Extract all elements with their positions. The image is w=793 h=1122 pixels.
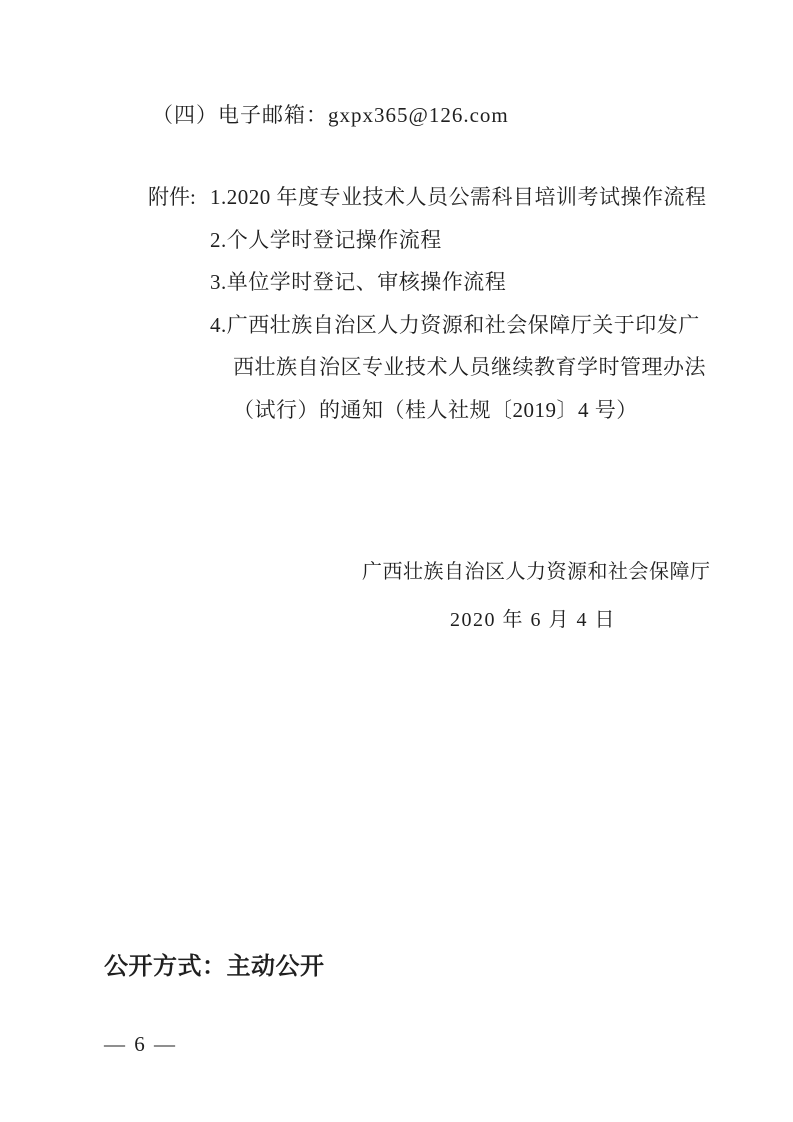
attachments-list: 1.2020 年度专业技术人员公需科目培训考试操作流程2.个人学时登记操作流程3…	[210, 176, 707, 432]
signature-block: 广西壮族自治区人力资源和社会保障厅 2020 年 6 月 4 日	[362, 558, 704, 634]
attachments-label: 附件:	[148, 176, 210, 219]
attachment-item-line: 4.广西壮族自治区人力资源和社会保障厅关于印发广	[210, 304, 707, 347]
page-number: — 6 —	[104, 1032, 177, 1057]
attachment-item-line: （试行）的通知（桂人社规〔2019〕4 号）	[210, 389, 707, 432]
issue-date: 2020 年 6 月 4 日	[362, 606, 704, 634]
attachment-item-line: 西壮族自治区专业技术人员继续教育学时管理办法	[210, 346, 707, 389]
contact-email-line: （四）电子邮箱：gxpx365@126.com	[152, 99, 509, 129]
attachment-item-line: 1.2020 年度专业技术人员公需科目培训考试操作流程	[210, 176, 707, 219]
issuing-authority: 广西壮族自治区人力资源和社会保障厅	[362, 558, 704, 586]
attachment-item-line: 2.个人学时登记操作流程	[210, 219, 707, 262]
document-page: （四）电子邮箱：gxpx365@126.com 附件: 1.2020 年度专业技…	[0, 0, 793, 1122]
publicity-method: 公开方式：主动公开	[104, 946, 325, 981]
attachment-item-line: 3.单位学时登记、审核操作流程	[210, 261, 707, 304]
attachments-block: 附件: 1.2020 年度专业技术人员公需科目培训考试操作流程2.个人学时登记操…	[148, 176, 707, 432]
